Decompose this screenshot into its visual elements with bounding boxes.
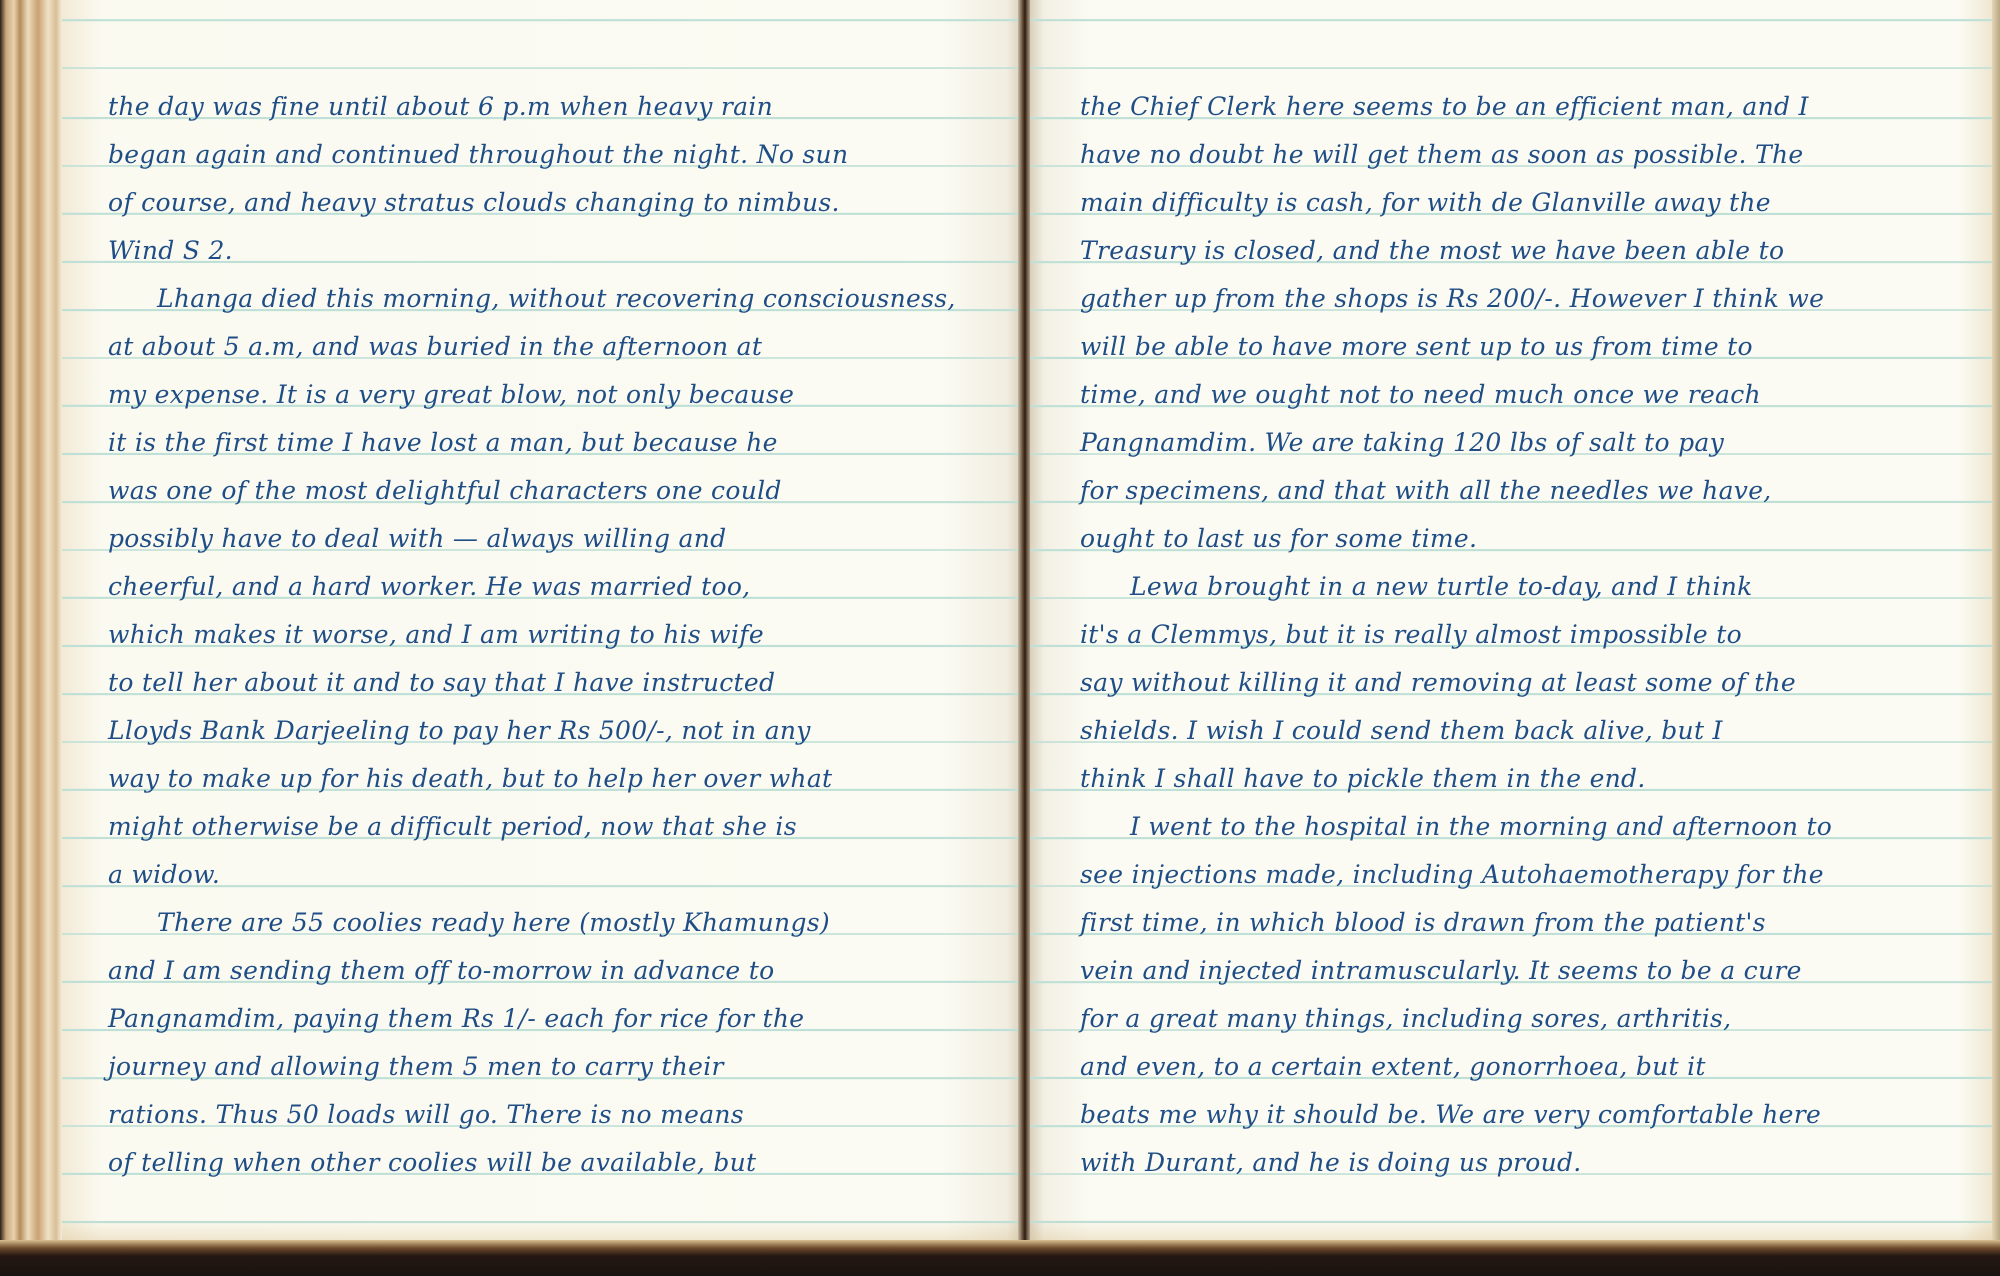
text-line: began again and continued throughout the… [62,131,1022,179]
right-page-text: the Chief Clerk here seems to be an effi… [1030,83,1992,1187]
text-line: Treasury is closed, and the most we have… [1030,227,1992,275]
text-line: main difficulty is cash, for with de Gla… [1030,179,1992,227]
right-page: the Chief Clerk here seems to be an effi… [1030,0,1992,1250]
text-line: it is the first time I have lost a man, … [62,419,1022,467]
text-line: was one of the most delightful character… [62,467,1022,515]
text-line: at about 5 a.m, and was buried in the af… [62,323,1022,371]
paragraph-start-line: Lhanga died this morning, without recove… [62,275,1022,323]
text-line: of course, and heavy stratus clouds chan… [62,179,1022,227]
text-line: see injections made, including Autohaemo… [1030,851,1992,899]
text-line: beats me why it should be. We are very c… [1030,1091,1992,1139]
text-line: way to make up for his death, but to hel… [62,755,1022,803]
text-line: think I shall have to pickle them in the… [1030,755,1992,803]
text-line: first time, in which blood is drawn from… [1030,899,1992,947]
text-line: will be able to have more sent up to us … [1030,323,1992,371]
left-page: the day was fine until about 6 p.m when … [62,0,1022,1250]
text-line: Wind S 2. [62,227,1022,275]
text-line: journey and allowing them 5 men to carry… [62,1043,1022,1091]
text-line: for specimens, and that with all the nee… [1030,467,1992,515]
text-line: of telling when other coolies will be av… [62,1139,1022,1187]
text-line: with Durant, and he is doing us proud. [1030,1139,1992,1187]
text-line: possibly have to deal with — always will… [62,515,1022,563]
paragraph-start-line: Lewa brought in a new turtle to-day, and… [1030,563,1992,611]
text-line: and I am sending them off to-morrow in a… [62,947,1022,995]
paragraph-start-line: I went to the hospital in the morning an… [1030,803,1992,851]
text-line: for a great many things, including sores… [1030,995,1992,1043]
text-line: to tell her about it and to say that I h… [62,659,1022,707]
text-line: my expense. It is a very great blow, not… [62,371,1022,419]
text-line: vein and injected intramuscularly. It se… [1030,947,1992,995]
left-page-text: the day was fine until about 6 p.m when … [62,83,1022,1187]
text-line: Pangnamdim. We are taking 120 lbs of sal… [1030,419,1992,467]
text-line: have no doubt he will get them as soon a… [1030,131,1992,179]
text-line: Pangnamdim, paying them Rs 1/- each for … [62,995,1022,1043]
page-edge-right [1992,0,2000,1250]
text-line: might otherwise be a difficult period, n… [62,803,1022,851]
text-line: rations. Thus 50 loads will go. There is… [62,1091,1022,1139]
paragraph-start-line: There are 55 coolies ready here (mostly … [62,899,1022,947]
text-line: it's a Clemmys, but it is really almost … [1030,611,1992,659]
open-notebook: the day was fine until about 6 p.m when … [0,0,2000,1276]
text-line: which makes it worse, and I am writing t… [62,611,1022,659]
text-line: time, and we ought not to need much once… [1030,371,1992,419]
book-bottom-edge [0,1240,2000,1276]
text-line: say without killing it and removing at l… [1030,659,1992,707]
text-line: cheerful, and a hard worker. He was marr… [62,563,1022,611]
text-line: a widow. [62,851,1022,899]
text-line: gather up from the shops is Rs 200/-. Ho… [1030,275,1992,323]
text-line: the Chief Clerk here seems to be an effi… [1030,83,1992,131]
text-line: Lloyds Bank Darjeeling to pay her Rs 500… [62,707,1022,755]
text-line: ought to last us for some time. [1030,515,1992,563]
text-line: shields. I wish I could send them back a… [1030,707,1992,755]
text-line: and even, to a certain extent, gonorrhoe… [1030,1043,1992,1091]
page-edges [0,0,62,1250]
text-line: the day was fine until about 6 p.m when … [62,83,1022,131]
